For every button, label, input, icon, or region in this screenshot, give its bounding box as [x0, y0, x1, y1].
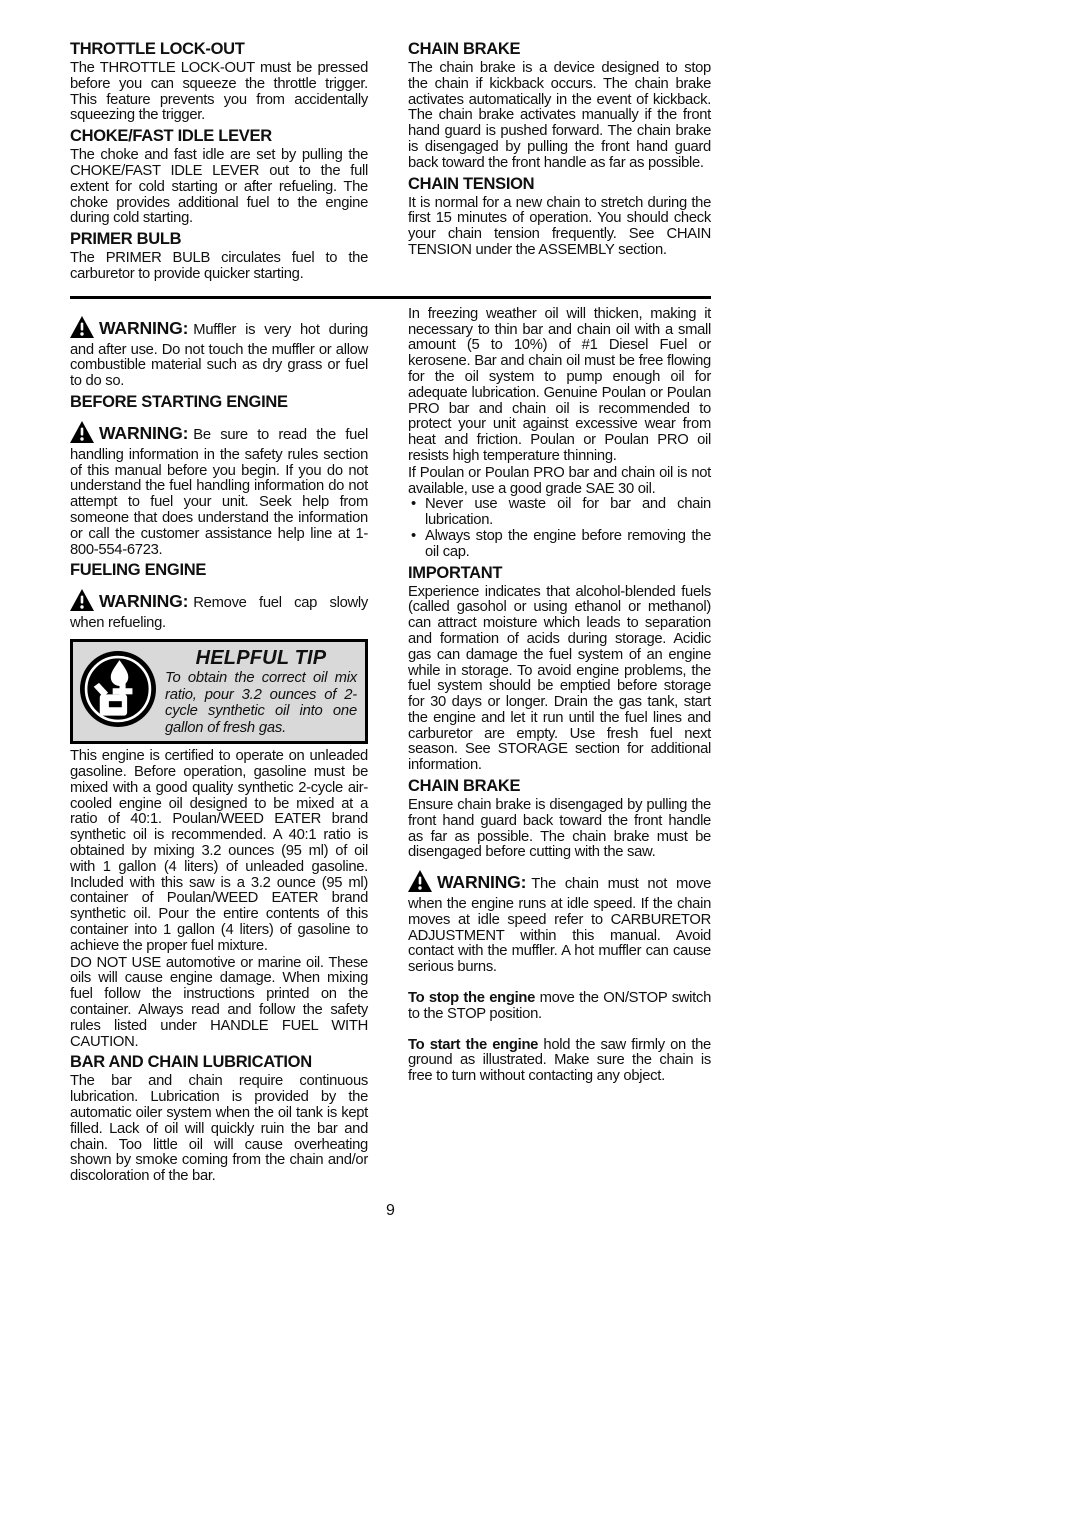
paragraph-chain-brake: The chain brake is a device designed to … [408, 61, 711, 172]
helpful-tip-title: HELPFUL TIP [165, 647, 357, 669]
page-content: THROTTLE LOCK-OUT The THROTTLE LOCK-OUT … [70, 37, 711, 1220]
oil-mix-icon [80, 651, 156, 732]
section-heading-fueling-engine: FUELING ENGINE [70, 561, 368, 580]
bullet-icon: • [411, 529, 416, 545]
paragraph-stop-engine: To stop the engine move the ON/STOP swit… [408, 991, 711, 1023]
paragraph-do-not-use-oil: DO NOT USE automotive or marine oil. The… [70, 956, 368, 1051]
start-engine-lead: To start the engine [408, 1037, 538, 1053]
warning-label: WARNING: [99, 423, 188, 443]
warning-label: WARNING: [99, 591, 188, 611]
warning-triangle-icon [70, 316, 94, 343]
paragraph-start-engine: To start the engine hold the saw firmly … [408, 1038, 711, 1085]
bottom-row: WARNING:Muffler is very hot during and a… [70, 307, 711, 1185]
section-heading-primer-bulb: PRIMER BULB [70, 230, 368, 249]
paragraph-throttle-lockout: The THROTTLE LOCK-OUT must be pressed be… [70, 61, 368, 124]
paragraph-chain-brake-disengage: Ensure chain brake is disengaged by pull… [408, 798, 711, 861]
warning-triangle-icon [70, 589, 94, 616]
section-heading-bar-chain-lubrication: BAR AND CHAIN LUBRICATION [70, 1053, 368, 1072]
bullet-icon: • [411, 497, 416, 513]
top-row: THROTTLE LOCK-OUT The THROTTLE LOCK-OUT … [70, 37, 711, 283]
right-column-top: CHAIN BRAKE The chain brake is a device … [408, 37, 711, 259]
list-item-text: Never use waste oil for bar and chain lu… [425, 496, 711, 528]
warning-label: WARNING: [437, 872, 526, 892]
section-heading-choke-fast-idle: CHOKE/FAST IDLE LEVER [70, 127, 368, 146]
left-column-bottom: WARNING:Muffler is very hot during and a… [70, 307, 368, 1185]
section-heading-chain-brake: CHAIN BRAKE [408, 40, 711, 59]
page-number: 9 [70, 1202, 711, 1220]
paragraph-chain-tension: It is normal for a new chain to stretch … [408, 196, 711, 259]
paragraph-fuel-mixing: This engine is certified to operate on u… [70, 749, 368, 954]
warning-triangle-icon [70, 421, 94, 448]
warning-text: Be sure to read the fuel handling inform… [70, 427, 368, 558]
section-heading-throttle-lockout: THROTTLE LOCK-OUT [70, 40, 368, 59]
warning-muffler: WARNING:Muffler is very hot during and a… [70, 316, 368, 390]
paragraph-choke-fast-idle: The choke and fast idle are set by pulli… [70, 148, 368, 227]
section-heading-before-starting-engine: BEFORE STARTING ENGINE [70, 393, 368, 412]
helpful-tip-body: HELPFUL TIP To obtain the correct oil mi… [165, 647, 357, 736]
paragraph-alcohol-fuels: Experience indicates that alcohol-blende… [408, 585, 711, 775]
left-column-top: THROTTLE LOCK-OUT The THROTTLE LOCK-OUT … [70, 37, 368, 283]
warning-fuel-handling: WARNING:Be sure to read the fuel handlin… [70, 421, 368, 558]
oil-bullet-list: •Never use waste oil for bar and chain l… [408, 497, 711, 560]
list-item-text: Always stop the engine before removing t… [425, 528, 711, 560]
helpful-tip-text: To obtain the correct oil mix ratio, pou… [165, 670, 357, 736]
paragraph-freezing-weather-oil: In freezing weather oil will thicken, ma… [408, 307, 711, 465]
warning-fuel-cap: WARNING:Remove fuel cap slowly when refu… [70, 589, 368, 632]
paragraph-sae30-oil: If Poulan or Poulan PRO bar and chain oi… [408, 466, 711, 498]
section-heading-important: IMPORTANT [408, 564, 711, 583]
warning-triangle-icon [408, 870, 432, 897]
section-heading-chain-tension: CHAIN TENSION [408, 175, 711, 194]
manual-page: THROTTLE LOCK-OUT The THROTTLE LOCK-OUT … [0, 0, 1080, 1526]
warning-label: WARNING: [99, 318, 188, 338]
horizontal-rule [70, 296, 711, 299]
warning-chain-idle: WARNING:The chain must not move when the… [408, 870, 711, 976]
helpful-tip-box: HELPFUL TIP To obtain the correct oil mi… [70, 639, 368, 744]
section-heading-chain-brake-2: CHAIN BRAKE [408, 777, 711, 796]
list-item: •Never use waste oil for bar and chain l… [408, 497, 711, 529]
paragraph-primer-bulb: The PRIMER BULB circulates fuel to the c… [70, 251, 368, 283]
list-item: •Always stop the engine before removing … [408, 529, 711, 561]
right-column-bottom: In freezing weather oil will thicken, ma… [408, 307, 711, 1085]
stop-engine-lead: To stop the engine [408, 990, 535, 1006]
paragraph-bar-chain-lubrication: The bar and chain require continuous lub… [70, 1074, 368, 1185]
